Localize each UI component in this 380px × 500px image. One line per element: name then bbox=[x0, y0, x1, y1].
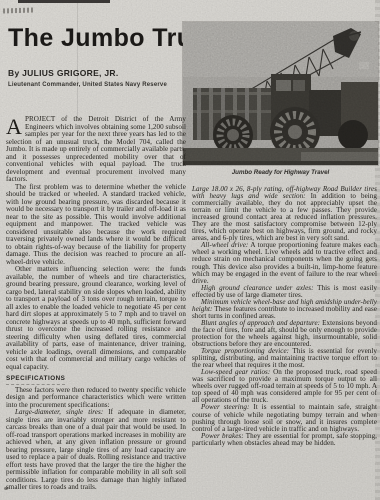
scan-artifact-smudge bbox=[3, 7, 33, 13]
drop-cap: A bbox=[6, 116, 25, 136]
scanned-article-page: The Jumbo Truck By JULIUS GRIGORE, JR. L… bbox=[0, 0, 380, 500]
photo-caption: Jumbo Ready for Highway Travel bbox=[183, 169, 378, 176]
paragraph: Power steering: It is essential to maint… bbox=[192, 404, 377, 432]
author-affiliation: Lieutenant Commander, United States Navy… bbox=[8, 82, 167, 88]
paper-crease bbox=[77, 0, 78, 118]
byline: By JULIUS GRIGORE, JR. bbox=[8, 68, 119, 78]
left-column: APROJECT of the Detroit District of the … bbox=[6, 116, 186, 492]
specifications-heading: SPECIFICATIONS bbox=[6, 375, 65, 385]
spec-item-text: In addition to being commercially availa… bbox=[192, 192, 377, 242]
paragraph-text: PROJECT of the Detroit District of the A… bbox=[6, 115, 186, 183]
paragraph: Torque proportioning device: This is ess… bbox=[192, 348, 377, 369]
spec-item-text: A torque proportioning feature makes eac… bbox=[192, 241, 377, 284]
paragraph: All-wheel drive: A torque proportioning … bbox=[192, 242, 377, 284]
photo-grain bbox=[183, 22, 378, 165]
paragraph: Low-speed gear ratios: On the proposed t… bbox=[192, 369, 377, 404]
paragraph: High ground clearance under axles: This … bbox=[192, 285, 377, 299]
spec-item-text: These features contribute to increased m… bbox=[192, 305, 377, 320]
paragraph: The first problem was to determine wheth… bbox=[6, 184, 186, 267]
paragraph-intro: APROJECT of the Detroit District of the … bbox=[6, 116, 186, 184]
scan-artifact-bar bbox=[18, 0, 110, 3]
spec-item-text: If adequate in diameter, single tires ar… bbox=[6, 408, 186, 491]
truck-photo bbox=[183, 22, 378, 165]
paragraph: Minimum vehicle wheel-base and high amid… bbox=[192, 299, 377, 320]
paragraph: Large-diameter, single tires: If adequat… bbox=[6, 409, 186, 492]
paragraph: Power brakes: They are essential for pro… bbox=[192, 433, 377, 447]
right-column: Large 18.00 x 26, 8-ply rating, off-high… bbox=[192, 186, 377, 447]
paragraph: These factors were then reduced to twent… bbox=[6, 387, 186, 410]
paragraph: Large 18.00 x 26, 8-ply rating, off-high… bbox=[192, 186, 377, 242]
paragraph: Blunt angles of approach and departure: … bbox=[192, 320, 377, 348]
paragraph: Other matters influencing selection were… bbox=[6, 266, 186, 371]
truck-photo-illustration bbox=[183, 22, 378, 165]
